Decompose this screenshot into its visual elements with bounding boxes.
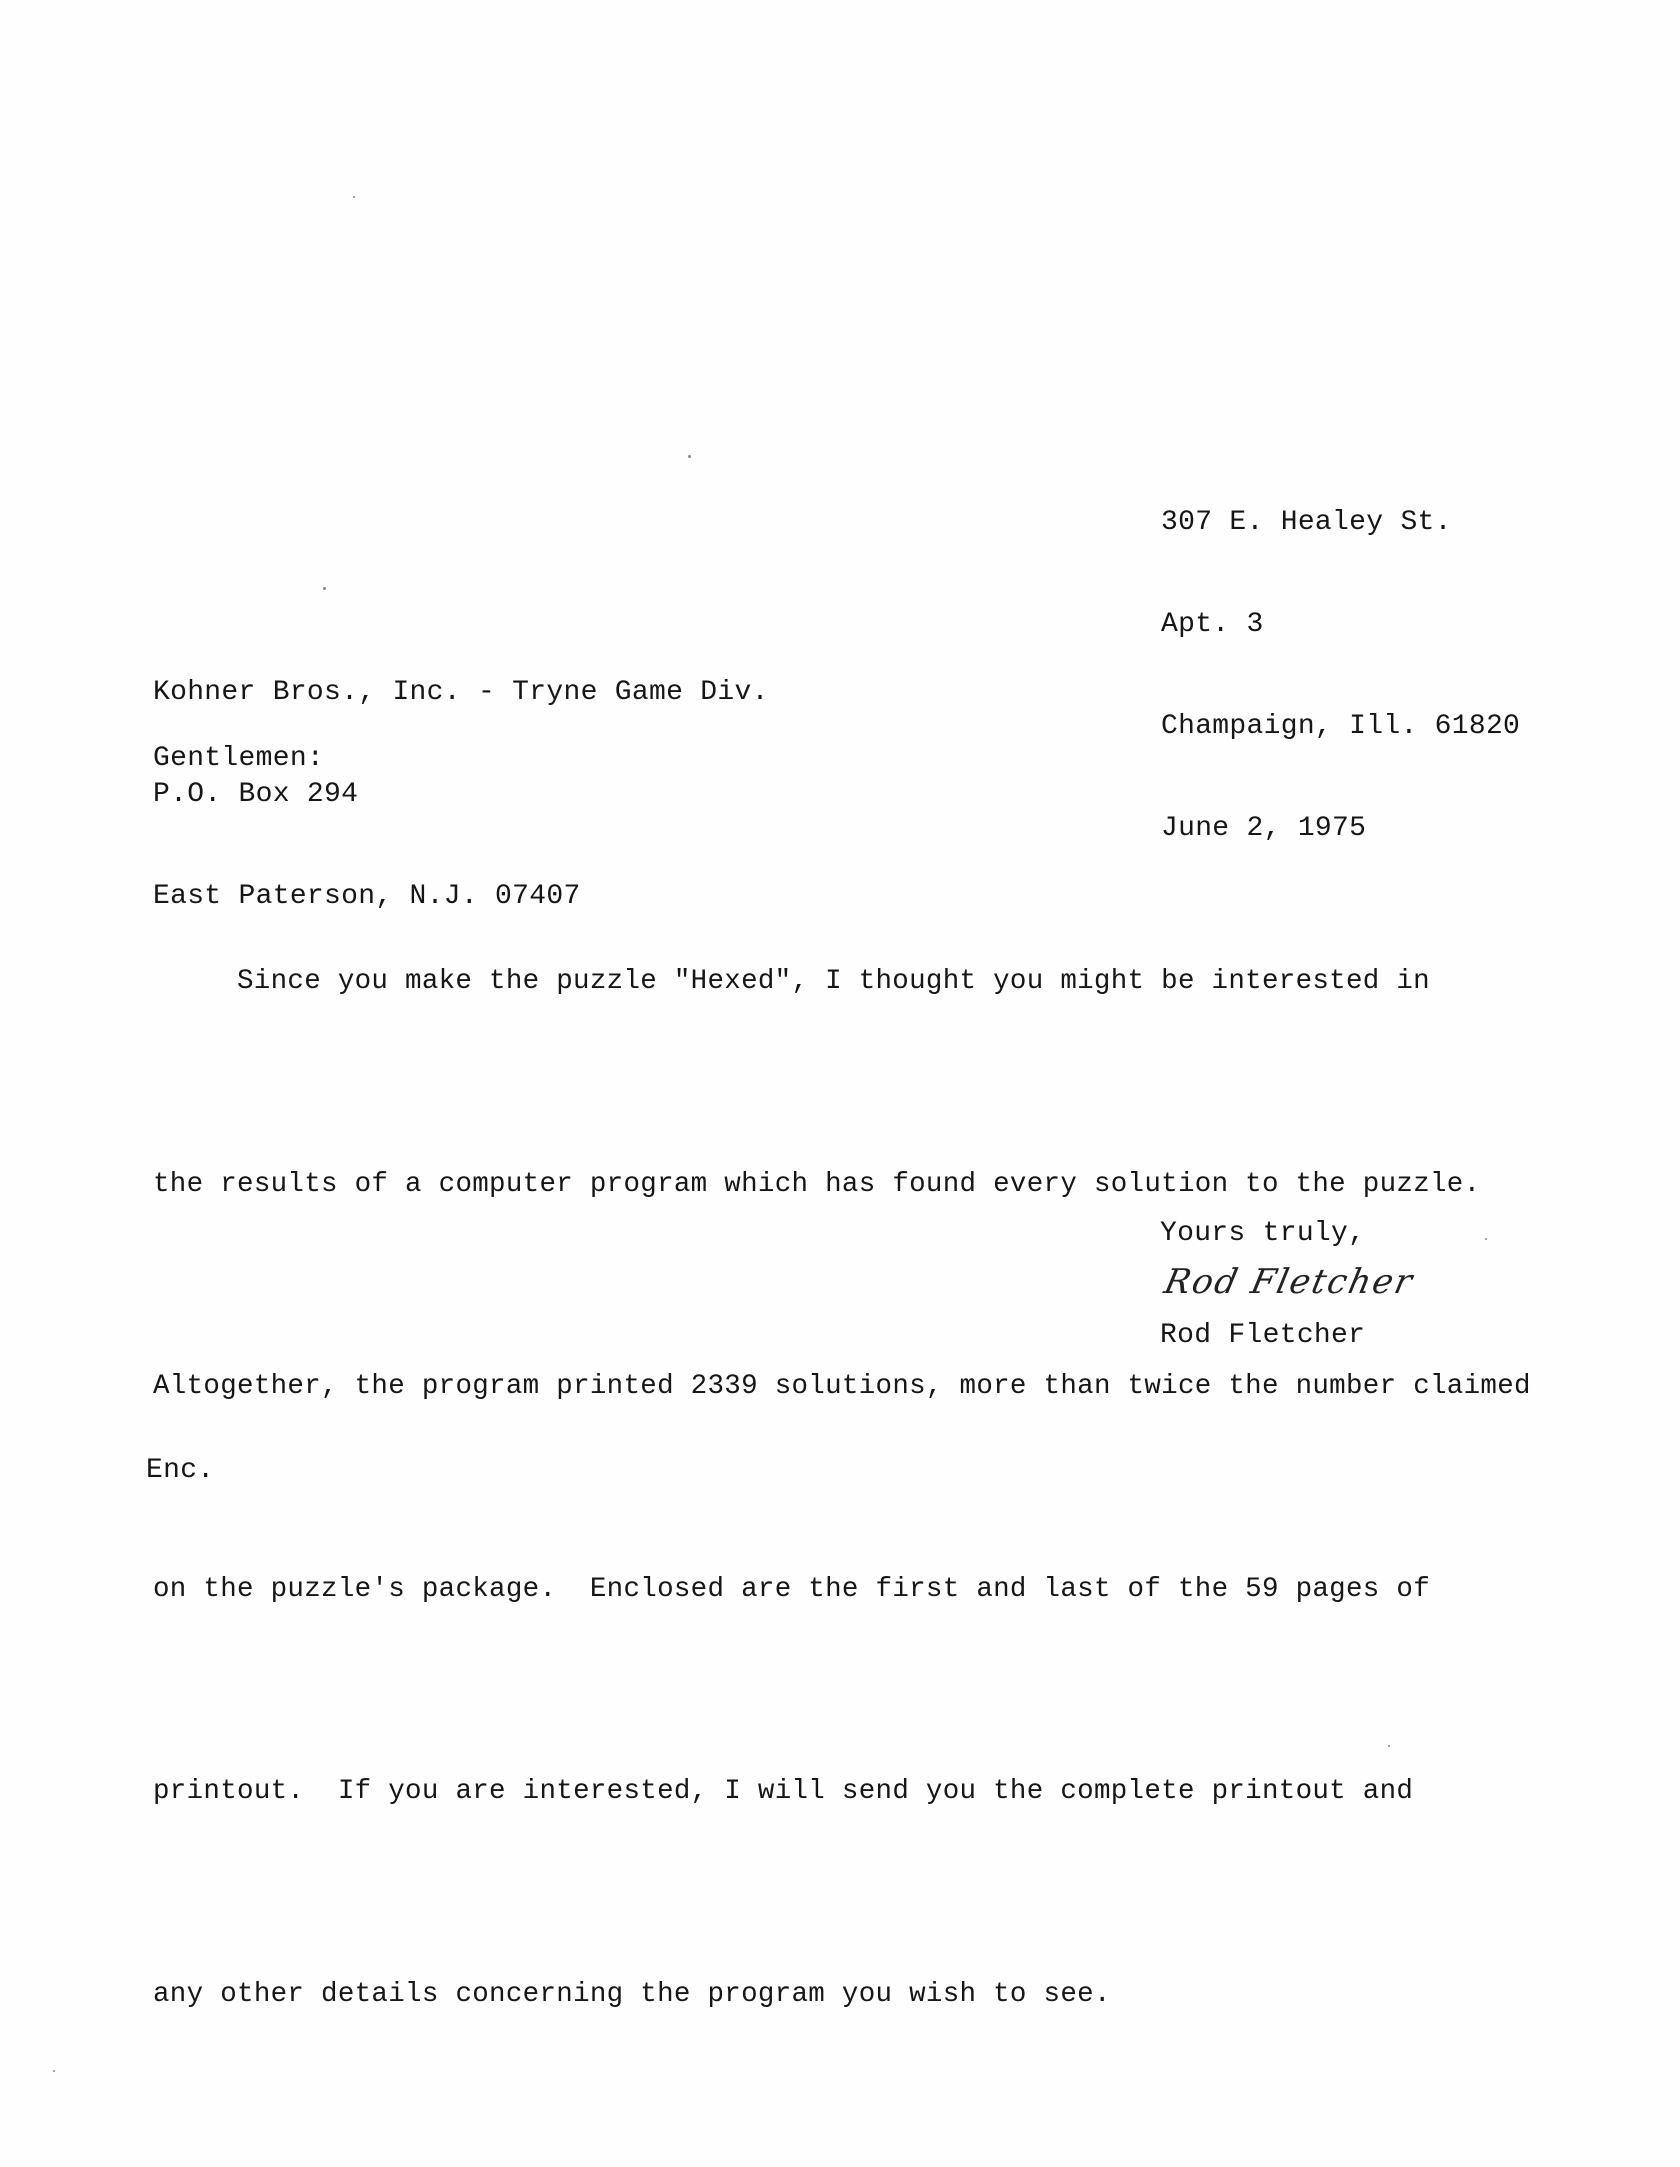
sender-city: Champaign, Ill. 61820: [1161, 710, 1520, 744]
paper-speck: [353, 196, 355, 198]
recipient-company: Kohner Bros., Inc. - Tryne Game Div.: [153, 676, 769, 710]
typed-name: Rod Fletcher: [1160, 1320, 1365, 1351]
paper-speck: [53, 2070, 55, 2072]
closing: Yours truly,: [1160, 1218, 1365, 1249]
body-line: the results of a computer program which …: [153, 1151, 1531, 1219]
body-line: on the puzzle's package. Enclosed are th…: [153, 1556, 1531, 1624]
enclosure-note: Enc.: [146, 1455, 214, 1486]
body-line: Altogether, the program printed 2339 sol…: [153, 1353, 1531, 1421]
salutation: Gentlemen:: [153, 743, 324, 774]
body-line: any other details concerning the program…: [153, 1961, 1531, 2029]
body-line: Since you make the puzzle "Hexed", I tho…: [153, 948, 1531, 1016]
letter-page: 307 E. Healey St. Apt. 3 Champaign, Ill.…: [0, 0, 1680, 2167]
recipient-po-box: P.O. Box 294: [153, 778, 769, 812]
paper-speck: [688, 455, 691, 458]
body-line: printout. If you are interested, I will …: [153, 1758, 1531, 1826]
sender-apartment: Apt. 3: [1161, 608, 1520, 642]
paper-speck: [323, 587, 326, 590]
letter-body: Since you make the puzzle "Hexed", I tho…: [153, 813, 1531, 2163]
sender-street: 307 E. Healey St.: [1161, 506, 1520, 540]
handwritten-signature: Rod Fletcher: [1161, 1262, 1418, 1302]
